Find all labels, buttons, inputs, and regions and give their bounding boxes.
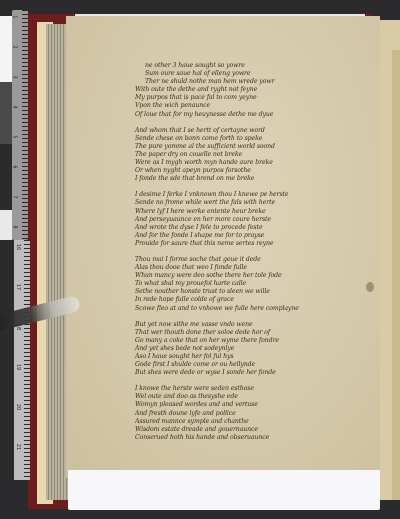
- verse-line: Prouide for saure that this neme sertes …: [135, 240, 335, 248]
- verse-line: But yet now sithe me vasse vndo wene: [135, 321, 335, 329]
- background-card-dark: [0, 82, 12, 144]
- background-card-light: [0, 210, 12, 240]
- verse-line: And for the fonde I shape me for to pray…: [135, 232, 335, 240]
- verse-line: Wisdom estate dreade and gouernaunce: [135, 426, 335, 434]
- manuscript-text-block: ne other 3 haue sought so yowre Sum oure…: [135, 62, 335, 450]
- ruler-number: 17: [15, 284, 21, 290]
- ruler-number: 1: [12, 15, 18, 18]
- paper-strip: [68, 470, 380, 510]
- page-edges: [46, 24, 68, 500]
- verse-line: Thou mai I forme soche that geue it dede: [135, 256, 335, 264]
- stanza: And whom that I se hertt of certayne wor…: [135, 127, 335, 184]
- verse-line: And yet shes bede not sodeynlye: [135, 345, 335, 353]
- verse-line: Ther ne shuld nothe man hem wrede yowr: [135, 78, 335, 86]
- verse-line: And perseyuaunce en her more coure herst…: [135, 216, 335, 224]
- verse-line: And wrote the dyse I fele to procede fes…: [135, 224, 335, 232]
- verse-line: Aso I haue sought her fol ful hys: [135, 353, 335, 361]
- ruler-number: 7: [12, 195, 18, 198]
- ruler-number: 8: [12, 225, 18, 228]
- verse-line: Of loue that for my heuynesse dethe me d…: [135, 111, 335, 119]
- verse-line: Vpon the wich penaunce: [135, 102, 335, 110]
- verse-line: And whom that I se hertt of certayne wor…: [135, 127, 335, 135]
- verse-line: Assured mannce symple and chanthe: [135, 418, 335, 426]
- ruler-number: 19: [15, 364, 21, 370]
- ruler-number: 20: [15, 404, 21, 410]
- verse-line: And fresth doune lyfe and pollice: [135, 410, 335, 418]
- ruler-number: 3: [12, 75, 18, 78]
- stanza: I knowe the herste were seden esthose We…: [135, 385, 335, 442]
- verse-line: I knowe the herste were seden esthose: [135, 385, 335, 393]
- ruler-number: 4: [12, 105, 18, 108]
- parchment-stain: [366, 282, 374, 292]
- verse-line: Were as I mygh worth myn hande aure brek…: [135, 159, 335, 167]
- stanza: Thou mai I forme soche that geue it dede…: [135, 256, 335, 313]
- verse-line: To what shal my prouefol harte calle: [135, 280, 335, 288]
- verse-line: Womyn pleased wordes and and vertuse: [135, 401, 335, 409]
- verse-line: The paper dry on couelle not breke: [135, 151, 335, 159]
- verse-line: With oute the dethe and ryght not feyne: [135, 86, 335, 94]
- verse-line: Alas thou dooe that weo I fonde fulle: [135, 264, 335, 272]
- background-card-light: [0, 16, 12, 82]
- verse-line: I fonde the sde that brend on me breke: [135, 175, 335, 183]
- verse-line: My purpos that is pace fal to com yeyne: [135, 94, 335, 102]
- stanza: But yet now sithe me vasse vndo wene Tha…: [135, 321, 335, 378]
- measuring-ruler: 1 2 3 4 5 6 7 8: [12, 10, 28, 240]
- verse-line: Whan mancy were deo sothe there her tole…: [135, 272, 335, 280]
- page-right-edge-shadow: [392, 50, 400, 500]
- ruler-number: 2: [12, 45, 18, 48]
- verse-line: But shes were dede or wyse I sonde her f…: [135, 369, 335, 377]
- verse-line: Sende chese on bonn come forth to speke: [135, 135, 335, 143]
- verse-line: Sende no frome while wert the fals with …: [135, 199, 335, 207]
- stanza: ne other 3 haue sought so yowre Sum oure…: [135, 62, 335, 119]
- verse-line: Sethe nouther honste trust to sleen we w…: [135, 288, 335, 296]
- verse-line: Go many a coke that on her wyme there fo…: [135, 337, 335, 345]
- verse-line: Or when nyght apeyn purpos forsothe: [135, 167, 335, 175]
- ruler-number: 16: [15, 244, 21, 250]
- verse-line: In rede hope fulle colde of grace: [135, 296, 335, 304]
- ruler-number: 6: [12, 165, 18, 168]
- verse-line: ne other 3 haue sought so yowre: [135, 62, 335, 70]
- verse-line: The pure yomme al the sufficient world s…: [135, 143, 335, 151]
- verse-line: Wel oute and doo as thesyshe ede: [135, 393, 335, 401]
- verse-line: Gode first I shulde come or ou hellynde: [135, 361, 335, 369]
- verse-line: Where lyf I here werke entente heur brek…: [135, 208, 335, 216]
- verse-line: Conserued hoth his hande and obseruaunce: [135, 434, 335, 442]
- verse-line: That wer thouth done ther soloe dede hor…: [135, 329, 335, 337]
- measuring-ruler-lower: 16 17 18 19 20 21: [14, 240, 30, 480]
- ruler-number: 21: [15, 444, 21, 450]
- verse-line: Scowe fleo at and to vnhowe we fulle her…: [135, 305, 335, 313]
- stanza: I desime I ferke I vnknown thou I knewe …: [135, 191, 335, 248]
- verse-line: I desime I ferke I vnknown thou I knewe …: [135, 191, 335, 199]
- verse-line: Sum oure saue hal of elleng yowre: [135, 70, 335, 78]
- ruler-number: 5: [12, 135, 18, 138]
